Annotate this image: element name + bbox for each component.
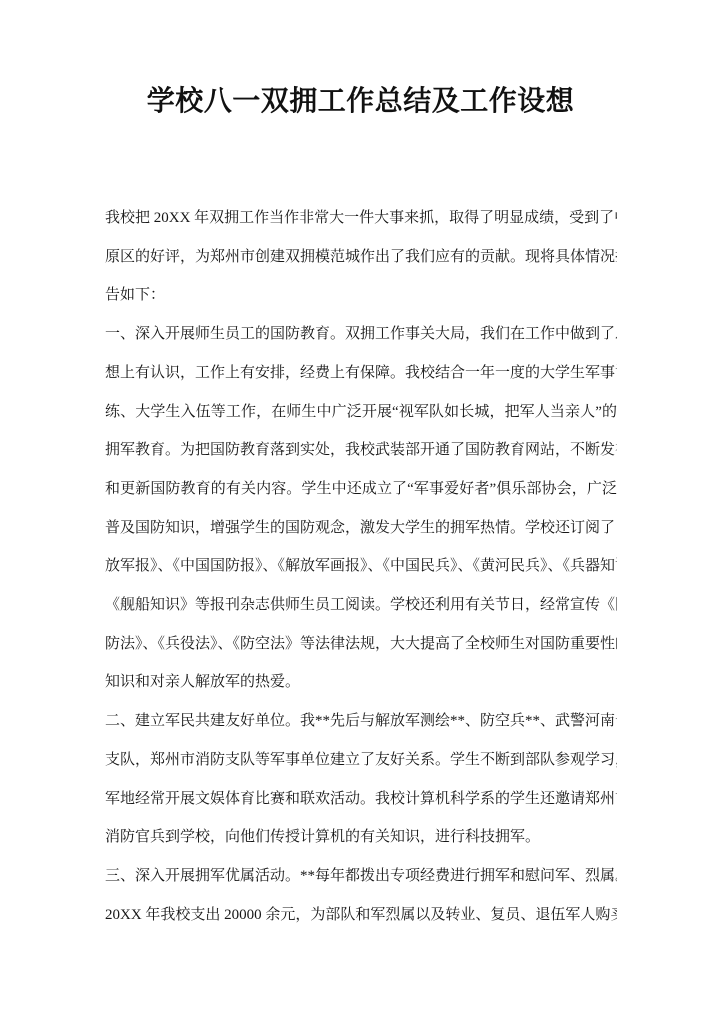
text-line: 原区的好评，为郑州市创建双拥模范城作出了我们应有的贡献。现将具体情况报: [105, 238, 617, 277]
text-line: 普及国防知识，增强学生的国防观念，激发大学生的拥军热情。学校还订阅了《解: [105, 509, 617, 548]
paragraph: 三、深入开展拥军优属活动。**每年都拨出专项经费进行拥军和慰问军、烈属。20XX…: [105, 857, 617, 934]
document-title: 学校八一双拥工作总结及工作设想: [0, 82, 721, 122]
text-line: 《舰船知识》等报刊杂志供师生员工阅读。学校还利用有关节日，经常宣传《国: [105, 586, 617, 625]
document-page: 学校八一双拥工作总结及工作设想 我校把 20XX 年双拥工作当作非常大一件大事来…: [0, 0, 721, 1020]
paragraph: 一、深入开展师生员工的国防教育。双拥工作事关大局，我们在工作中做到了思想上有认识…: [105, 315, 617, 702]
text-line: 知识和对亲人解放军的热爱。: [105, 663, 617, 702]
text-line: 练、大学生入伍等工作，在师生中广泛开展“视军队如长城，把军人当亲人”的: [105, 393, 617, 432]
text-line: 拥军教育。为把国防教育落到实处，我校武装部开通了国防教育网站，不断发布: [105, 431, 617, 470]
text-line: 放军报》、《中国国防报》、《解放军画报》、《中国民兵》、《黄河民兵》、《兵器知识…: [105, 547, 617, 586]
text-line: 防法》、《兵役法》、《防空法》等法律法规，大大提高了全校师生对国防重要性的: [105, 625, 617, 664]
text-line: 20XX 年我校支出 20000 余元，为部队和军烈属以及转业、复员、退伍军人购…: [105, 896, 617, 935]
text-line: 一、深入开展师生员工的国防教育。双拥工作事关大局，我们在工作中做到了思: [105, 315, 617, 354]
text-line: 二、建立军民共建友好单位。我**先后与解放军测绘**、防空兵**、武警河南一: [105, 702, 617, 741]
text-line: 想上有认识，工作上有安排，经费上有保障。我校结合一年一度的大学生军事训: [105, 354, 617, 393]
document-body: 我校把 20XX 年双拥工作当作非常大一件大事来抓，取得了明显成绩，受到了中原区…: [105, 199, 617, 934]
text-line: 和更新国防教育的有关内容。学生中还成立了“军事爱好者”俱乐部协会，广泛: [105, 470, 617, 509]
text-line: 我校把 20XX 年双拥工作当作非常大一件大事来抓，取得了明显成绩，受到了中: [105, 199, 617, 238]
text-line: 支队，郑州市消防支队等军事单位建立了友好关系。学生不断到部队参观学习，: [105, 741, 617, 780]
text-line: 军地经常开展文娱体育比赛和联欢活动。我校计算机科学系的学生还邀请郑州市: [105, 780, 617, 819]
text-line: 消防官兵到学校，向他们传授计算机的有关知识，进行科技拥军。: [105, 818, 617, 857]
text-line: 告如下：: [105, 276, 617, 315]
text-line: 三、深入开展拥军优属活动。**每年都拨出专项经费进行拥军和慰问军、烈属。: [105, 857, 617, 896]
paragraph: 我校把 20XX 年双拥工作当作非常大一件大事来抓，取得了明显成绩，受到了中原区…: [105, 199, 617, 315]
paragraph: 二、建立军民共建友好单位。我**先后与解放军测绘**、防空兵**、武警河南一支队…: [105, 702, 617, 857]
